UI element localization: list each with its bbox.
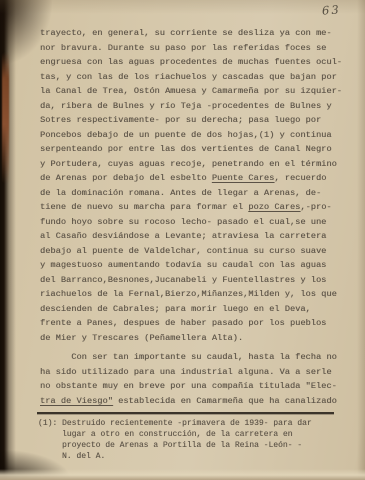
text-line: descienden de Cabrales; para morir luego… [40, 302, 346, 317]
text-line: la Canal de Trea, Ostón Amuesa y Camarme… [40, 84, 346, 99]
footnote-line: proyecto de Arenas a Portilla de la Rein… [38, 440, 344, 451]
underlined-phrase: tra de Viesgo" [40, 396, 113, 406]
text-line: fundo hoyo sobre su rocoso lecho- pasado… [40, 215, 346, 230]
text-line: de Mier y Trescares (Peñamellera Alta). [40, 331, 346, 346]
page-right-vignette [357, 0, 365, 480]
text-line: riachuelos de la Fernal,Bierzo,Miñanzes,… [40, 287, 346, 302]
document-page: 63 trayecto, en general, su corriente se… [0, 0, 365, 480]
text-line: al Casaño desviándose a Levante; atravie… [40, 229, 346, 244]
body-text: trayecto, en general, su corriente se de… [40, 26, 346, 408]
text-line: engruesa con las aguas procedentes de mu… [40, 55, 346, 70]
page-top-vignette [0, 0, 365, 14]
text-line: y Portudera, cuyas aguas recoje, penetra… [40, 157, 346, 172]
text-line: trayecto, en general, su corriente se de… [40, 26, 346, 41]
page-left-edge-streak [2, 52, 9, 184]
text-line: tra de Viesgo" establecida en Camarmeña … [40, 394, 346, 409]
footnote-line: (1): Destruido recientemente -primavera … [38, 418, 344, 429]
footnote-line: lugar a otro en construcción, de la carr… [38, 429, 344, 440]
text-line: y magestuoso aumentando todavía su cauda… [40, 258, 346, 273]
footnote: (1): Destruido recientemente -primavera … [38, 418, 344, 462]
footnote-line: N. del A. [38, 451, 344, 462]
text-line: no obstante muy en breve por una compañí… [40, 379, 346, 394]
text-line: Poncebos debajo de un puente de dos hoja… [40, 128, 346, 143]
text-line: tas, y con las de los riachuelos y casca… [40, 70, 346, 85]
text-line: de Arenas por debajo del esbelto Puente … [40, 171, 346, 186]
page-number: 63 [322, 2, 342, 17]
text-line: ha sido utilizado para una industrial al… [40, 365, 346, 380]
text-line: Con ser tan importante su caudal, hasta … [40, 350, 346, 365]
text-line: nor bravura. Durante su paso por las ref… [40, 41, 346, 56]
text-line: de la dominación romana. Antes de llegar… [40, 186, 346, 201]
text-line: da, ribera de Bulnes y río Teja -procede… [40, 99, 346, 114]
paragraph-1: trayecto, en general, su corriente se de… [40, 26, 346, 345]
text-line: serpenteando por entre las dos vertiente… [40, 142, 346, 157]
text-line: frente a Panes, despues de haber pasado … [40, 316, 346, 331]
text-line: Sotres respectivamente- por su derecha; … [40, 113, 346, 128]
page-bottom-edge [0, 469, 365, 480]
paragraph-2: Con ser tan importante su caudal, hasta … [40, 350, 346, 408]
text-line: debajo al puente de Valdelchar, continua… [40, 244, 346, 259]
text-line: del Barranco,Besnones,Jucanabeli y Fuent… [40, 273, 346, 288]
underlined-phrase: Puente Cares [212, 173, 275, 183]
text-line: tiene de nuevo su marcha para formar el … [40, 200, 346, 215]
footnote-separator [37, 412, 334, 414]
underlined-phrase: pozo Cares [248, 202, 300, 212]
